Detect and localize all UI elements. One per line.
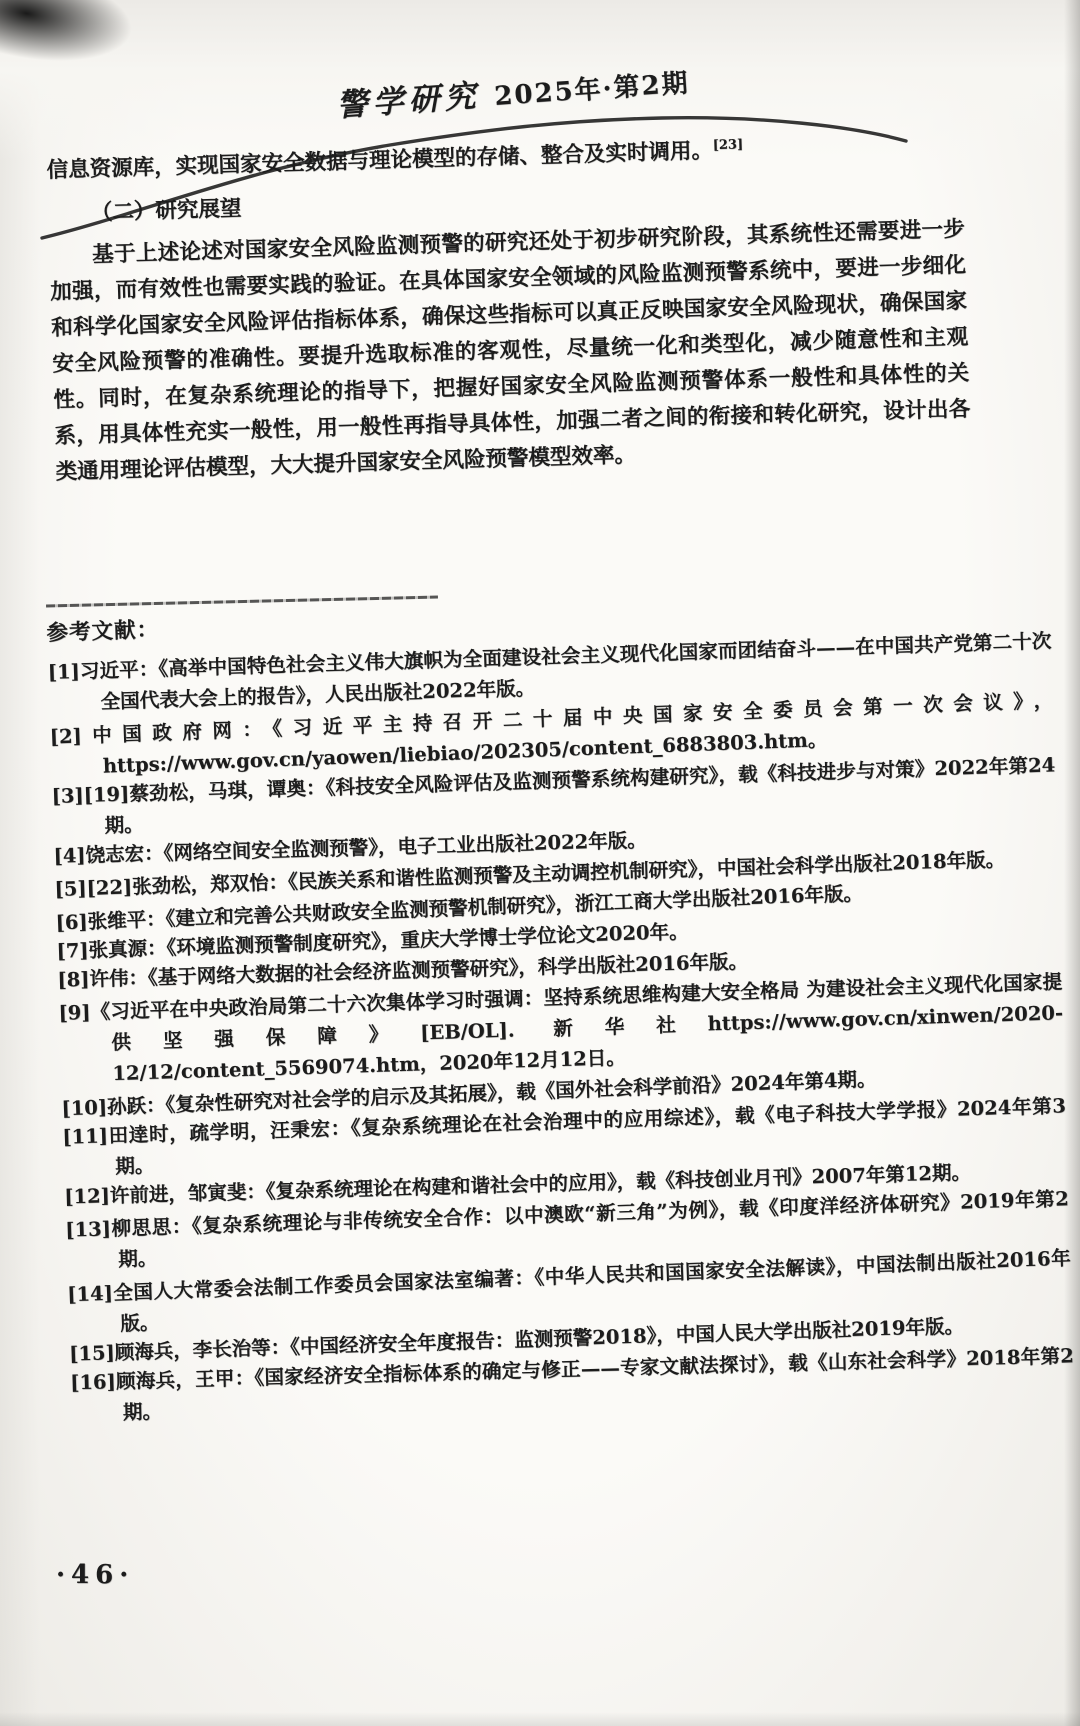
footnote-marker: [23]: [713, 137, 744, 153]
journal-title: 警学研究: [335, 78, 481, 124]
scanned-page: 警学研究2025年·第2期 信息资源库，实现国家安全数据与理论模型的存储、整合及…: [0, 0, 1080, 1726]
journal-issue-label: 2025年·第2期: [493, 68, 690, 112]
references-section: 参考文献： [1]习近平：《高举中国特色社会主义伟大旗帜为全面建设社会主义现代化…: [46, 584, 1075, 1431]
body-paragraph: 基于上述论述对国家安全风险监测预警的研究还处于初步研究阶段，其系统性还需要进一步…: [49, 212, 972, 491]
scan-edge-shadow-right: [1064, 0, 1080, 1726]
scan-smudge-artifact: [0, 0, 142, 78]
paragraph-continuation-text: 信息资源库，实现国家安全数据与理论模型的存储、整合及实时调用。: [46, 138, 713, 183]
journal-header: 警学研究2025年·第2期: [335, 55, 691, 125]
body-text: 信息资源库，实现国家安全数据与理论模型的存储、整合及实时调用。[23] （二）研…: [46, 121, 972, 491]
page-number: ·46·: [56, 1560, 134, 1590]
scan-edge-shadow-bottom: [0, 1712, 1080, 1726]
